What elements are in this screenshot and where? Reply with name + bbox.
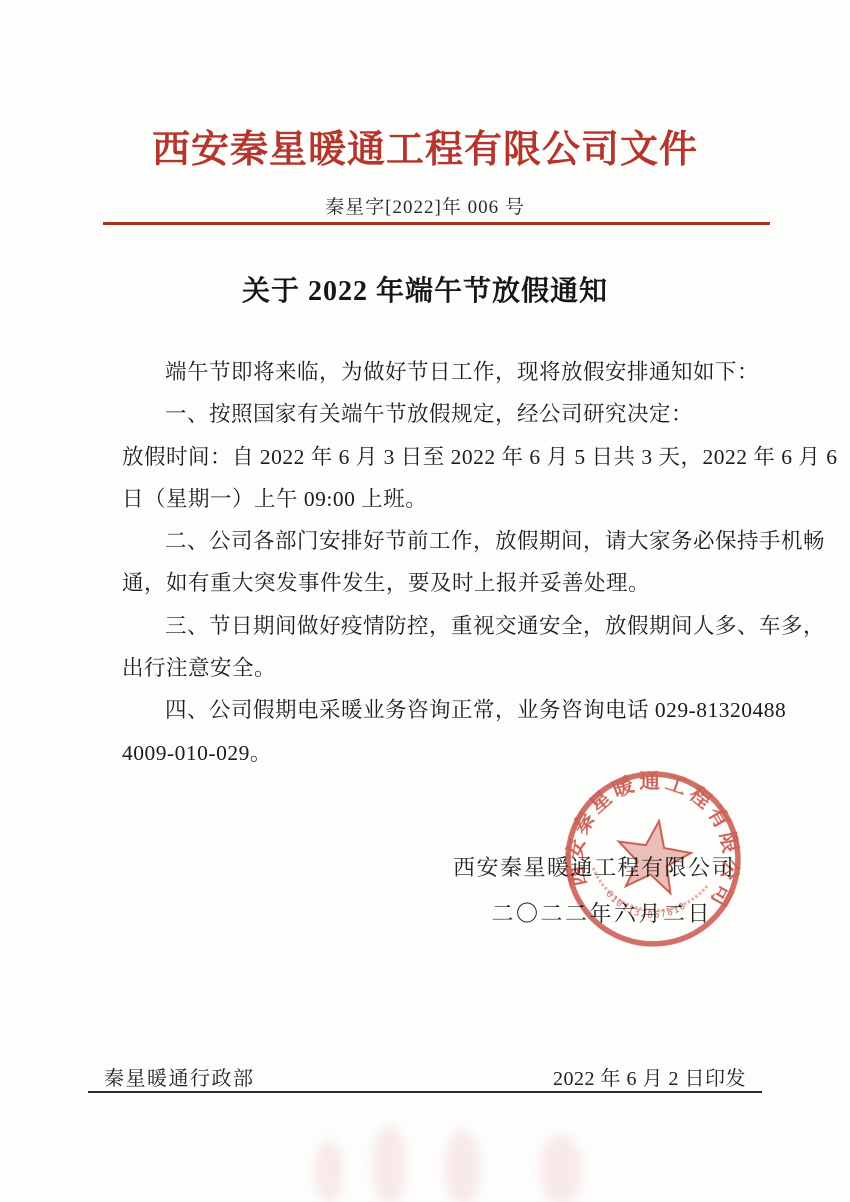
body-line: 日（星期一）上午 09:00 上班。 (122, 478, 767, 520)
body-line: 三、节日期间做好疫情防控，重视交通安全，放假期间人多、车多， (122, 605, 767, 647)
footer-rule (88, 1091, 762, 1093)
seal-star-icon (612, 815, 695, 895)
red-divider-rule (103, 222, 770, 225)
document-page: 西安秦星暖通工程有限公司文件 秦星字[2022]年 006 号 关于 2022 … (0, 0, 850, 1202)
ink-bleed-mark (445, 1130, 481, 1202)
body-line: 通，如有重大突发事件发生，要及时上报并妥善处理。 (122, 562, 767, 604)
body-line: 放假时间：自 2022 年 6 月 3 日至 2022 年 6 月 5 日共 3… (122, 436, 767, 478)
footer-print-date: 2022 年 6 月 2 日印发 (553, 1062, 746, 1091)
ink-bleed-mark (540, 1135, 582, 1202)
notice-body: 端午节即将来临，为做好节日工作，现将放假安排通知如下： 一、按照国家有关端午节放… (122, 351, 767, 774)
company-seal-icon: 西安秦星暖通工程有限公司 6101132867810 (549, 755, 757, 963)
body-line: 出行注意安全。 (122, 647, 767, 689)
doc-number: 秦星字[2022]年 006 号 (0, 192, 850, 219)
body-line: 端午节即将来临，为做好节日工作，现将放假安排通知如下： (122, 351, 767, 393)
footer-issuer: 秦星暖通行政部 (104, 1062, 255, 1091)
ink-bleed-mark (372, 1125, 406, 1202)
body-line: 二、公司各部门安排好节前工作，放假期间，请大家务必保持手机畅 (122, 520, 767, 562)
org-header-title: 西安秦星暖通工程有限公司文件 (0, 118, 850, 173)
body-line: 四、公司假期电采暖业务咨询正常，业务咨询电话 029-81320488 (122, 689, 767, 731)
notice-title: 关于 2022 年端午节放假通知 (0, 269, 850, 309)
ink-bleed-mark (315, 1140, 343, 1202)
body-line: 4009-010-029。 (122, 732, 767, 774)
body-line: 一、按照国家有关端午节放假规定，经公司研究决定： (122, 393, 767, 435)
